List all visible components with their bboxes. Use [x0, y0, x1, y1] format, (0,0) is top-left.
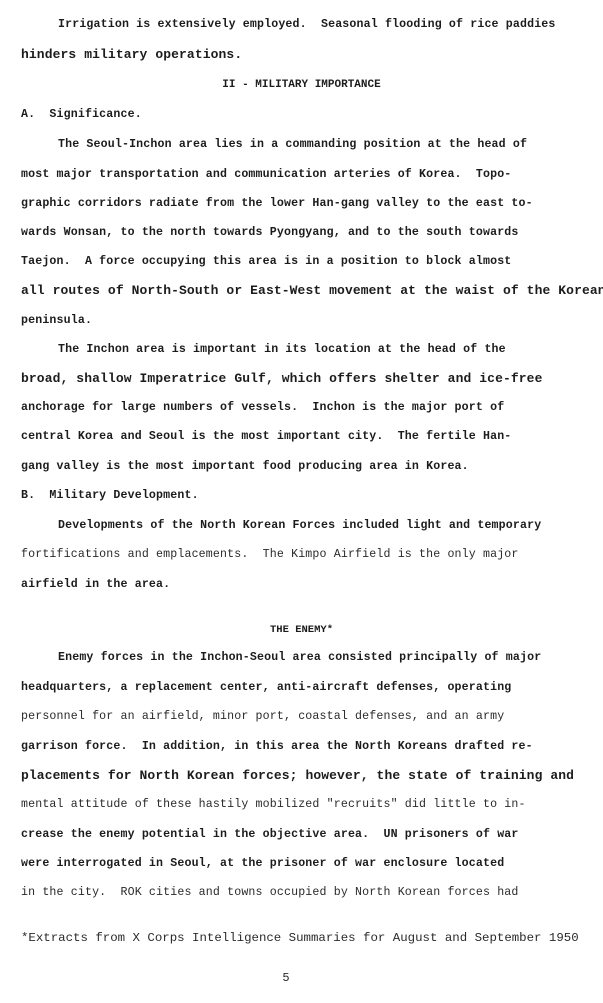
enemy-line-1: Enemy forces in the Inchon-Seoul area co…	[58, 651, 541, 665]
enemy-line-7: crease the enemy potential in the object…	[21, 828, 519, 842]
significance-p2-line-4: central Korea and Seoul is the most impo…	[21, 430, 511, 444]
enemy-line-2: headquarters, a replacement center, anti…	[21, 681, 511, 695]
document-page: Irrigation is extensively employed. Seas…	[0, 0, 603, 1003]
significance-p1-line-5: Taejon. A force occupying this area is i…	[21, 255, 511, 269]
subsection-a-label: A. Significance.	[21, 108, 142, 122]
significance-p1-line-4: wards Wonsan, to the north towards Pyong…	[21, 226, 519, 240]
military-dev-line-2: fortifications and emplacements. The Kim…	[21, 548, 519, 562]
enemy-line-9: in the city. ROK cities and towns occupi…	[21, 886, 519, 900]
footnote: *Extracts from X Corps Intelligence Summ…	[21, 931, 579, 945]
significance-p2-line-3: anchorage for large numbers of vessels. …	[21, 401, 504, 415]
opening-line-1: Irrigation is extensively employed. Seas…	[58, 18, 556, 32]
military-dev-line-1: Developments of the North Korean Forces …	[58, 519, 541, 533]
significance-p2-line-5: gang valley is the most important food p…	[21, 460, 469, 474]
significance-p1-line-1: The Seoul-Inchon area lies in a commandi…	[58, 138, 527, 152]
enemy-line-8: were interrogated in Seoul, at the priso…	[21, 857, 504, 871]
significance-p2-line-2: broad, shallow Imperatrice Gulf, which o…	[21, 372, 542, 386]
significance-p1-line-3: graphic corridors radiate from the lower…	[21, 197, 533, 211]
opening-line-2: hinders military operations.	[21, 48, 242, 62]
significance-p1-line-6: all routes of North-South or East-West m…	[21, 284, 603, 298]
enemy-line-6: mental attitude of these hastily mobiliz…	[21, 798, 526, 812]
enemy-line-4: garrison force. In addition, in this are…	[21, 740, 533, 754]
section-heading: II - MILITARY IMPORTANCE	[0, 78, 603, 92]
significance-p2-line-1: The Inchon area is important in its loca…	[58, 343, 506, 357]
enemy-line-3: personnel for an airfield, minor port, c…	[21, 710, 504, 724]
subsection-b-label: B. Military Development.	[21, 489, 199, 503]
page-number: 5	[0, 971, 572, 985]
significance-p1-line-7: peninsula.	[21, 314, 92, 328]
enemy-heading: THE ENEMY*	[0, 623, 603, 637]
military-dev-line-3: airfield in the area.	[21, 578, 170, 592]
significance-p1-line-2: most major transportation and communicat…	[21, 168, 511, 182]
enemy-line-5: placements for North Korean forces; howe…	[21, 769, 574, 783]
